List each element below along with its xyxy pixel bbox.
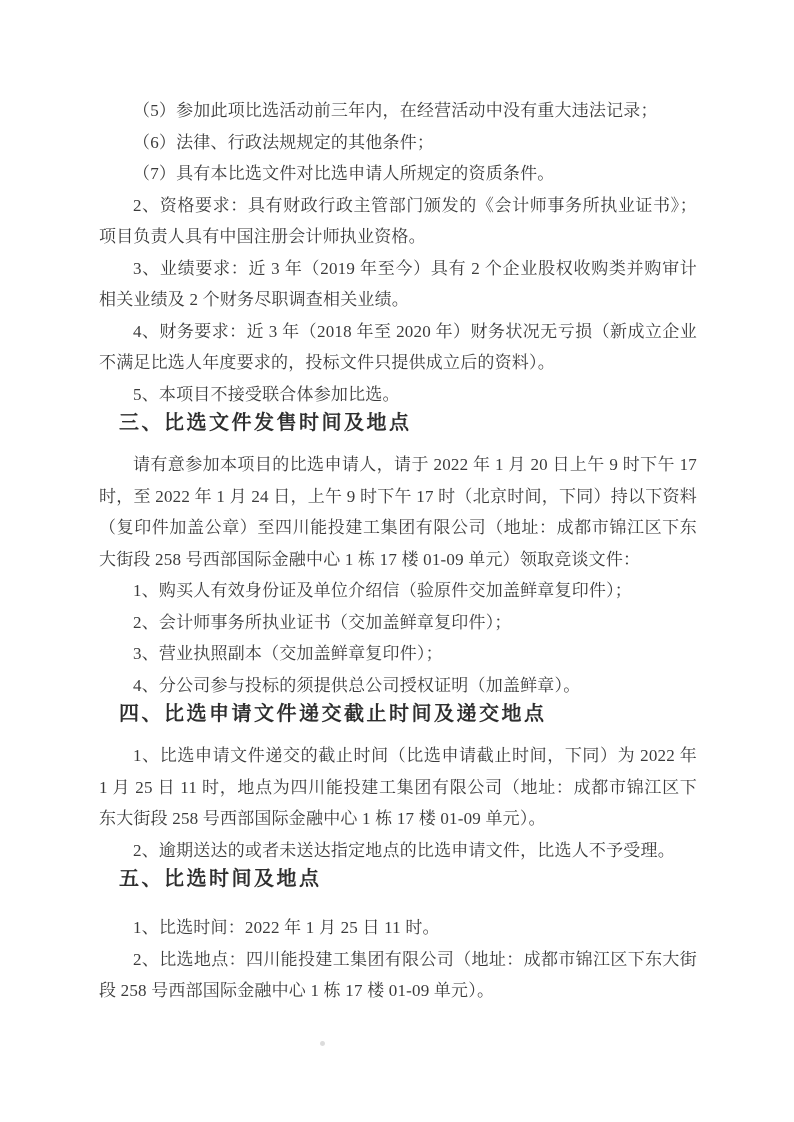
- document-page: （5）参加此项比选活动前三年内，在经营活动中没有重大违法记录； （6）法律、行政…: [0, 0, 794, 1122]
- requirement-item-4-financial: 4、财务要求：近 3 年（2018 年至 2020 年）财务状况无亏损（新成立企…: [99, 316, 697, 379]
- section-3-item-4: 4、分公司参与投标的须提供总公司授权证明（加盖鲜章）。: [99, 670, 697, 702]
- scan-artifact-dot: [320, 1041, 325, 1046]
- section-3-heading: 三、比选文件发售时间及地点: [119, 410, 697, 436]
- section-4-item-1: 1、比选申请文件递交的截止时间（比选申请截止时间，下同）为 2022 年 1 月…: [99, 740, 697, 835]
- section-3-intro-paragraph: 请有意参加本项目的比选申请人，请于 2022 年 1 月 20 日上午 9 时下…: [99, 449, 697, 575]
- requirement-item-2-qualification: 2、资格要求：具有财政行政主管部门颁发的《会计师事务所执业证书》；项目负责人具有…: [99, 190, 697, 253]
- section-3-item-2: 2、会计师事务所执业证书（交加盖鲜章复印件）；: [99, 607, 697, 639]
- qualification-subitem-5: （5）参加此项比选活动前三年内，在经营活动中没有重大违法记录；: [99, 95, 697, 127]
- section-5-item-1: 1、比选时间：2022 年 1 月 25 日 11 时。: [99, 912, 697, 944]
- section-4-item-2: 2、逾期送达的或者未送达指定地点的比选申请文件，比选人不予受理。: [99, 835, 697, 867]
- section-3-item-1: 1、购买人有效身份证及单位介绍信（验原件交加盖鲜章复印件）；: [99, 575, 697, 607]
- document-content: （5）参加此项比选活动前三年内，在经营活动中没有重大违法记录； （6）法律、行政…: [99, 95, 697, 1007]
- section-5-item-2: 2、比选地点：四川能投建工集团有限公司（地址：成都市锦江区下东大街段 258 号…: [99, 944, 697, 1007]
- section-3-item-3: 3、营业执照副本（交加盖鲜章复印件）；: [99, 638, 697, 670]
- requirement-item-3-performance: 3、业绩要求：近 3 年（2019 年至今）具有 2 个企业股权收购类并购审计相…: [99, 253, 697, 316]
- qualification-subitem-7: （7）具有本比选文件对比选申请人所规定的资质条件。: [99, 158, 697, 190]
- qualification-subitem-6: （6）法律、行政法规规定的其他条件；: [99, 127, 697, 159]
- section-4-heading: 四、比选申请文件递交截止时间及递交地点: [119, 701, 697, 727]
- section-5-heading: 五、比选时间及地点: [119, 866, 697, 892]
- requirement-item-5-no-consortium: 5、本项目不接受联合体参加比选。: [99, 379, 697, 411]
